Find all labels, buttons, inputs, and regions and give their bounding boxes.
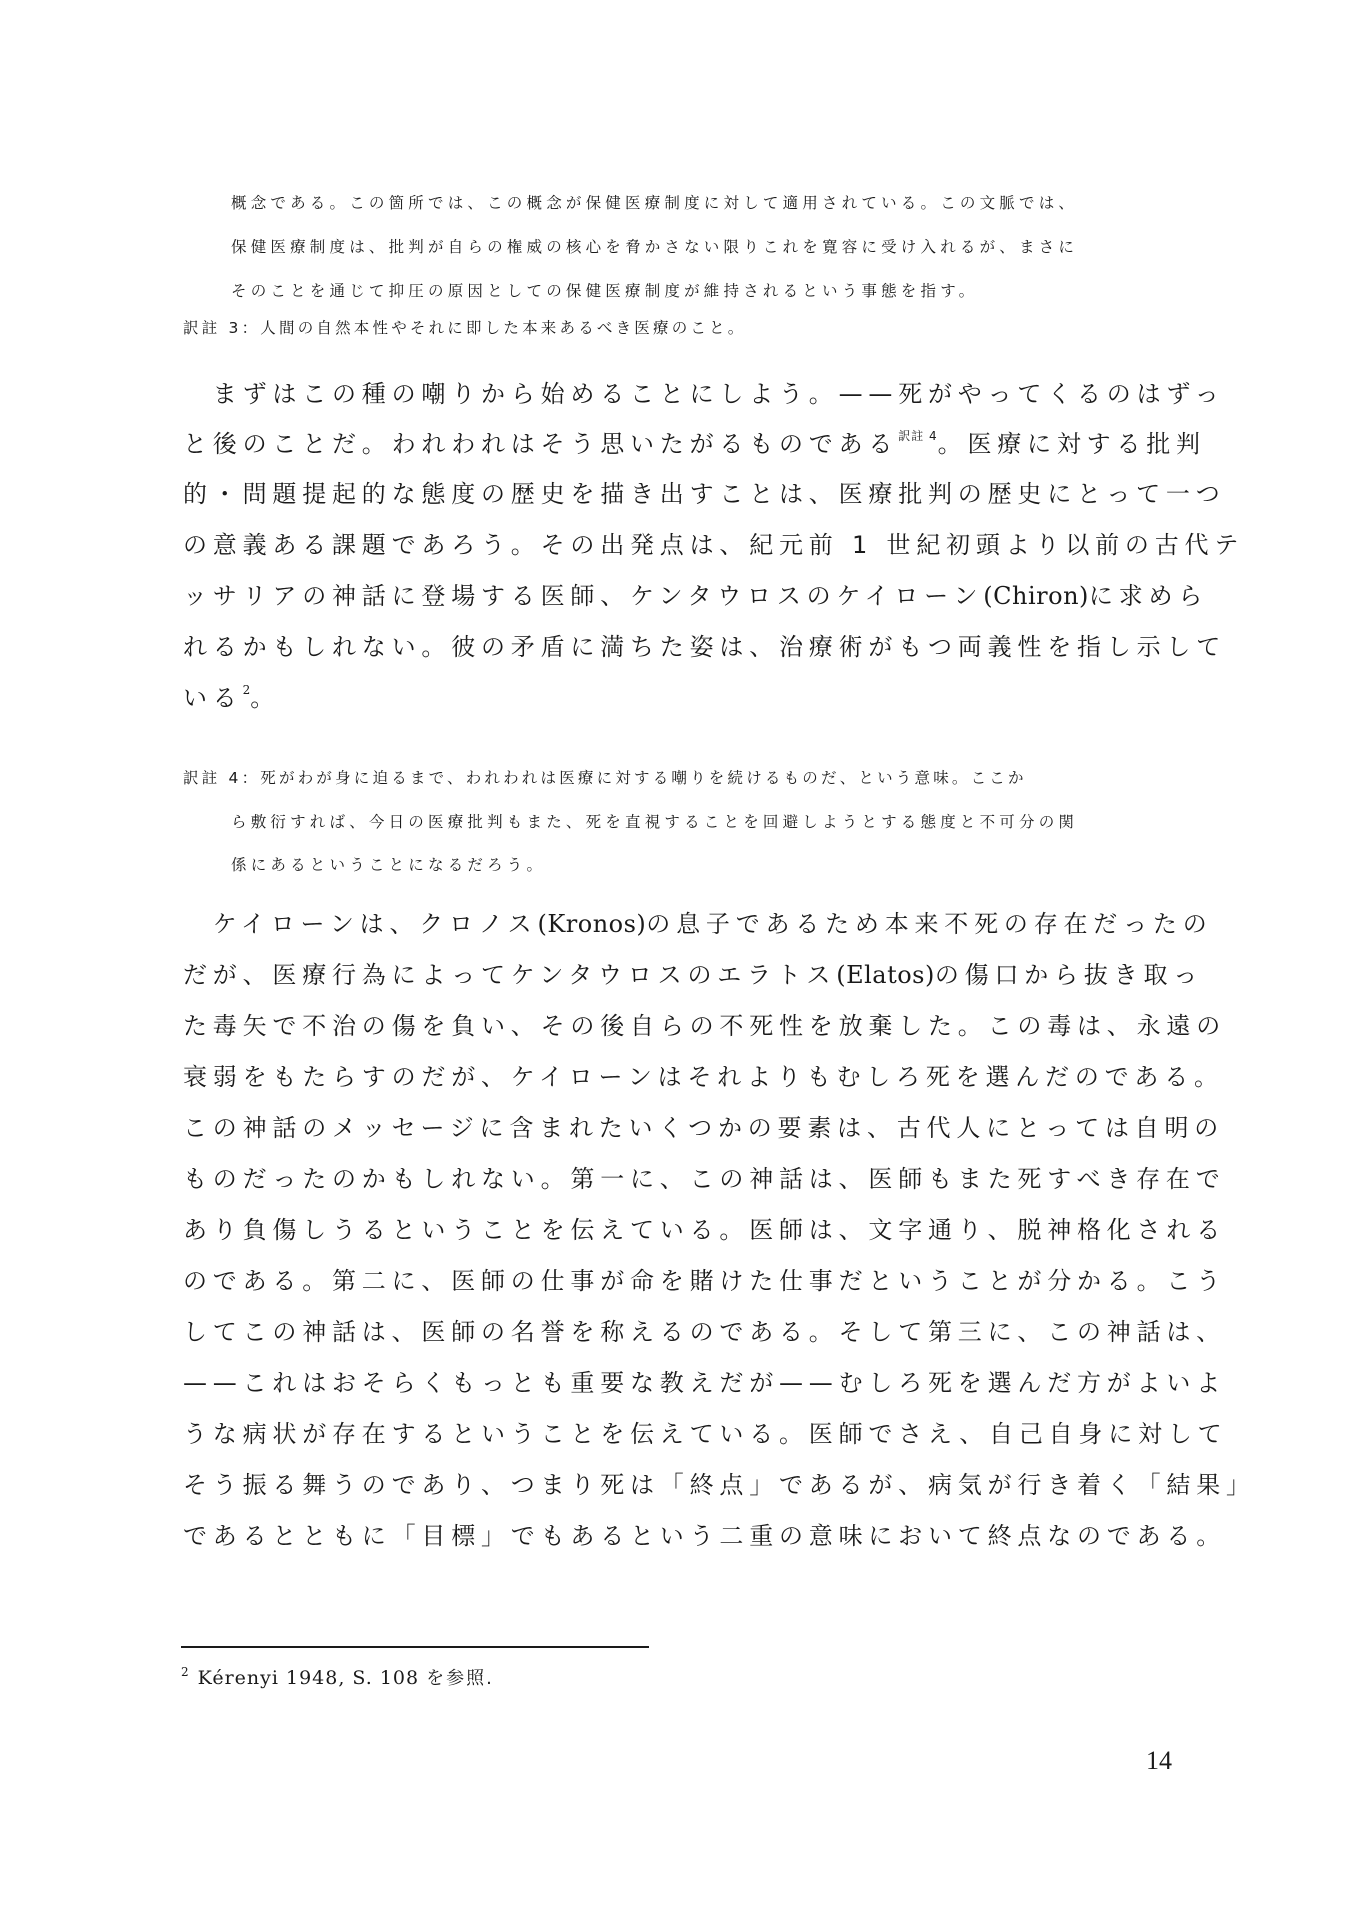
translator-note-4-line: ら敷衍すれば、今日の医療批判もまた、死を直視することを回避しようとする態度と不可… (231, 812, 1078, 832)
note-continuation-line: 保健医療制度は、批判が自らの権威の核心を脅かさない限りこれを寛容に受け入れるが、… (231, 237, 1078, 257)
latin-name: (Chiron) (983, 582, 1089, 610)
body-text: 。 (250, 684, 280, 712)
paragraph-2-line: この神話のメッセージに含まれたいくつかの要素は、古代人にとっては自明の (183, 1113, 1224, 1143)
latin-name: (Elatos) (836, 961, 935, 989)
translator-note-label: 訳註 4： (183, 769, 260, 787)
paragraph-1-line: まずはこの種の嘲りから始めることにしよう。——死がやってくるのはずっ (183, 379, 1225, 409)
paragraph-1-line: の意義ある課題であろう。その出発点は、紀元前 1 世紀初頭より以前の古代テ (183, 530, 1244, 560)
body-text: の傷口から抜き取っ (935, 961, 1203, 989)
paragraph-2-line: だが、医療行為によってケンタウロスのエラトス(Elatos)の傷口から抜き取っ (183, 960, 1203, 990)
paragraph-2-line: た毒矢で不治の傷を負い、その後自らの不死性を放棄した。この毒は、永遠の (183, 1011, 1226, 1041)
body-text: と後のことだ。われわれはそう思いたがるものである (183, 430, 898, 458)
body-text: ケイローンは、クロノス (183, 910, 537, 938)
paragraph-2-line: ものだったのかもしれない。第一に、この神話は、医師もまた死すべき存在で (183, 1164, 1226, 1194)
paragraph-1-line: 的・問題提起的な態度の歴史を描き出すことは、医療批判の歴史にとって一つ (183, 479, 1226, 509)
translator-note-label: 訳註 3： (183, 319, 260, 337)
note-continuation-line: そのことを通じて抑圧の原因としての保健医療制度が維持されるという事態を指す。 (231, 281, 978, 301)
paragraph-2-line: ケイローンは、クロノス(Kronos)の息子であるため本来不死の存在だったの (183, 909, 1213, 939)
page-number: 14 (1146, 1746, 1172, 1776)
latin-name: (Kronos) (537, 910, 646, 938)
footnote-divider (181, 1646, 649, 1648)
translator-note-text: 人間の自然本性やそれに即した本来あるべき医療のこと。 (260, 319, 746, 337)
document-page: 概念である。この箇所では、この概念が保健医療制度に対して適用されている。この文脈… (0, 0, 1353, 1920)
paragraph-2-line: してこの神話は、医師の名誉を称えるのである。そして第三に、この神話は、 (183, 1317, 1226, 1347)
body-text: だが、医療行為によってケンタウロスのエラトス (183, 961, 836, 989)
body-text: に求めら (1089, 582, 1208, 610)
translator-note-text: 死がわが身に迫るまで、われわれは医療に対する嘲りを続けるものだ、という意味。ここ… (260, 769, 1026, 787)
note-continuation-line: 概念である。この箇所では、この概念が保健医療制度に対して適用されている。この文脈… (231, 193, 1078, 213)
footnote-citation: Kérenyi 1948, S. 108 (198, 1667, 419, 1689)
paragraph-1-line: いる2。 (183, 683, 280, 713)
footnote-mark: 2 (181, 1665, 190, 1679)
paragraph-2-line: あり負傷しうるということを伝えている。医師は、文字通り、脱神格化される (183, 1215, 1226, 1245)
paragraph-2-line: のである。第二に、医師の仕事が命を賭けた仕事だということが分かる。こう (183, 1266, 1226, 1296)
paragraph-2-line: 衰弱をもたらすのだが、ケイローンはそれよりもむしろ死を選んだのである。 (183, 1062, 1224, 1092)
paragraph-2-line: うな病状が存在するということを伝えている。医師でさえ、自己自身に対して (183, 1419, 1227, 1449)
translator-note-3: 訳註 3：人間の自然本性やそれに即した本来あるべき医療のこと。 (183, 318, 747, 338)
translator-note-4-line: 係にあるということになるだろう。 (231, 855, 546, 875)
paragraph-2-line: ——これはおそらくもっとも重要な教えだが——むしろ死を選んだ方がよいよ (183, 1368, 1226, 1398)
footnote-suffix: を参照. (426, 1668, 494, 1689)
translator-note-4: 訳註 4：死がわが身に迫るまで、われわれは医療に対する嘲りを続けるものだ、という… (183, 768, 1027, 788)
footnote-2: 2Kérenyi 1948, S. 108 を参照. (181, 1664, 494, 1690)
body-text: ッサリアの神話に登場する医師、ケンタウロスのケイローン (183, 582, 983, 610)
paragraph-1-line: れるかもしれない。彼の矛盾に満ちた姿は、治療術がもつ両義性を指し示して (183, 632, 1226, 662)
translator-note-reference[interactable]: 訳註 4 (898, 429, 937, 443)
paragraph-2-line: であるとともに「目標」でもあるという二重の意味において終点なのである。 (183, 1521, 1226, 1551)
body-text: 。医療に対する批判 (938, 430, 1206, 458)
paragraph-2-line: そう振る舞うのであり、つまり死は「終点」であるが、病気が行き着く「結果」 (183, 1470, 1256, 1500)
body-text: の息子であるため本来不死の存在だったの (646, 910, 1212, 938)
paragraph-1-line: と後のことだ。われわれはそう思いたがるものである訳註 4。医療に対する批判 (183, 429, 1206, 459)
paragraph-1-line: ッサリアの神話に登場する医師、ケンタウロスのケイローン(Chiron)に求めら (183, 581, 1208, 611)
body-text: いる (183, 684, 243, 712)
